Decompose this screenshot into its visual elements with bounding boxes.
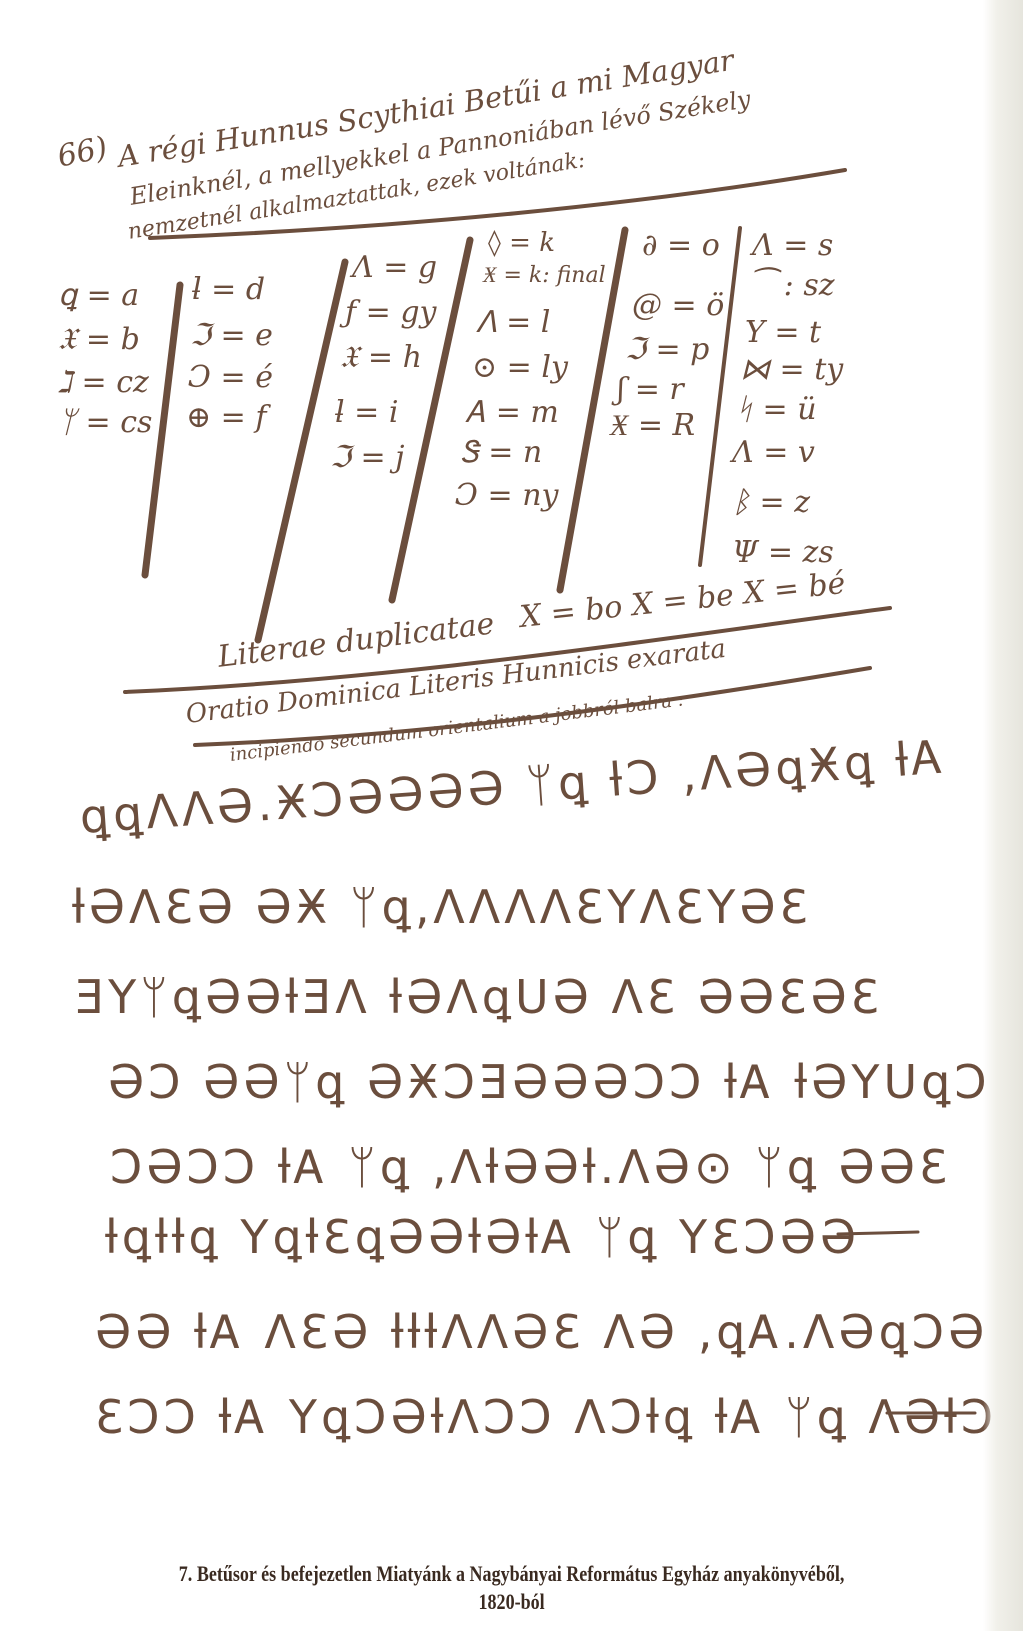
key-entry: ℑ = e <box>190 318 273 353</box>
key-entry: Λ = v <box>732 435 815 470</box>
key-entry: ᛘ = cs <box>58 405 152 440</box>
runic-line-6: ƚꝗƚƚꝗ YꝗƚƐꝗƏƏƚƏƚᎪ ᛘꝗ YƐƆƏƏ <box>105 1210 860 1266</box>
key-entry: 𝔛 = b <box>58 322 140 357</box>
key-entry: Ꭺ = m <box>466 395 559 430</box>
runic-line-4: ƏƆ ƏƏᛘꝗ ƏӾƆƎƏƏƏƆƆ ƚᎪ ƚƏYUꝗƆ <box>108 1055 991 1111</box>
key-entry: ⴷ = l <box>476 305 550 340</box>
key-entry: ◊ = k <box>488 228 555 258</box>
caption-line-1: 7. Betűsor és befejezetlen Miatyánk a Na… <box>92 1560 931 1588</box>
key-entry: ℑ = j <box>330 440 404 475</box>
manuscript-facsimile: 66) A régi Hunnus Scythiai Betűi a mi Ma… <box>0 0 1023 1480</box>
key-entry: @ = ö <box>632 288 724 323</box>
runic-line-2: ƚƏΛƐƏ ƏӾ ᛘꝗ‚ΛΛΛΛƐYΛƐYƏƐ <box>72 880 812 934</box>
key-entry: ⊕ = f <box>186 400 266 435</box>
key-entry: ꝗ = a <box>58 278 139 313</box>
key-entry: Ɔ = ny <box>455 478 558 513</box>
key-entry: ∂ = o <box>642 228 720 263</box>
key-entry: ᛋ = ü <box>735 392 817 427</box>
key-entry: ⁀ : sz <box>750 268 835 303</box>
key-entry: Ψ = zs <box>732 535 834 570</box>
key-entry: Ꮥ = n <box>460 435 542 470</box>
key-entry: ƒ = gy <box>345 295 436 330</box>
key-entry: Ӿ = R <box>610 408 695 443</box>
key-entry: Λ = g <box>352 250 437 285</box>
runic-line-8: ƐƆƆ ƚᎪ YꝗƆƏƚΛƆƆ ΛƆƚꝗ ƚᎪ ᛘꝗ ΛƏƚƆ <box>95 1390 997 1446</box>
key-entry: Ɔ = é <box>188 360 273 395</box>
key-entry: ʃ = r <box>617 372 684 407</box>
column-divider-3 <box>392 240 470 600</box>
key-entry: 𝔛 = h <box>340 340 422 375</box>
runic-line-3: ƎYᛘꝗƏƏƚƎΛ ƚƏΛꝗUƏ ΛƐ ƏƏƐƏƐ <box>75 970 883 1024</box>
key-entry: ƚ = d <box>192 272 265 307</box>
key-entry: ᛒ = z <box>732 485 810 520</box>
key-entry: ƚ = i <box>335 395 398 430</box>
runic-line-5: ƆƏƆƆ ƚᎪ ᛘꝗ ‚ΛƚƏƏƚ.ΛƏ⊙ ᛘꝗ ƏƏƐ <box>110 1140 951 1196</box>
key-entry: Y = t <box>745 315 821 350</box>
runic-line-7: ƏƏ ƚᎪ ΛƐƏ ƚƚƚΛΛƏƐ ΛƏ ‚ꝗᎪ.ΛƏꝗƆƏ <box>95 1305 988 1361</box>
key-entry: ⋈ = ty <box>740 352 843 387</box>
page-edge-shadow <box>983 0 1023 1631</box>
caption-line-2: 1820-ból <box>92 1588 931 1616</box>
figure-caption: 7. Betűsor és befejezetlen Miatyánk a Na… <box>92 1560 931 1616</box>
key-entry: Λ = s <box>752 228 833 263</box>
key-entry: ⊙ = ly <box>472 350 568 385</box>
key-entry: ℑ = p <box>625 332 709 367</box>
key-entry: Ӿ = k: final <box>483 262 606 288</box>
key-entry: ℷ = cz <box>58 365 149 400</box>
